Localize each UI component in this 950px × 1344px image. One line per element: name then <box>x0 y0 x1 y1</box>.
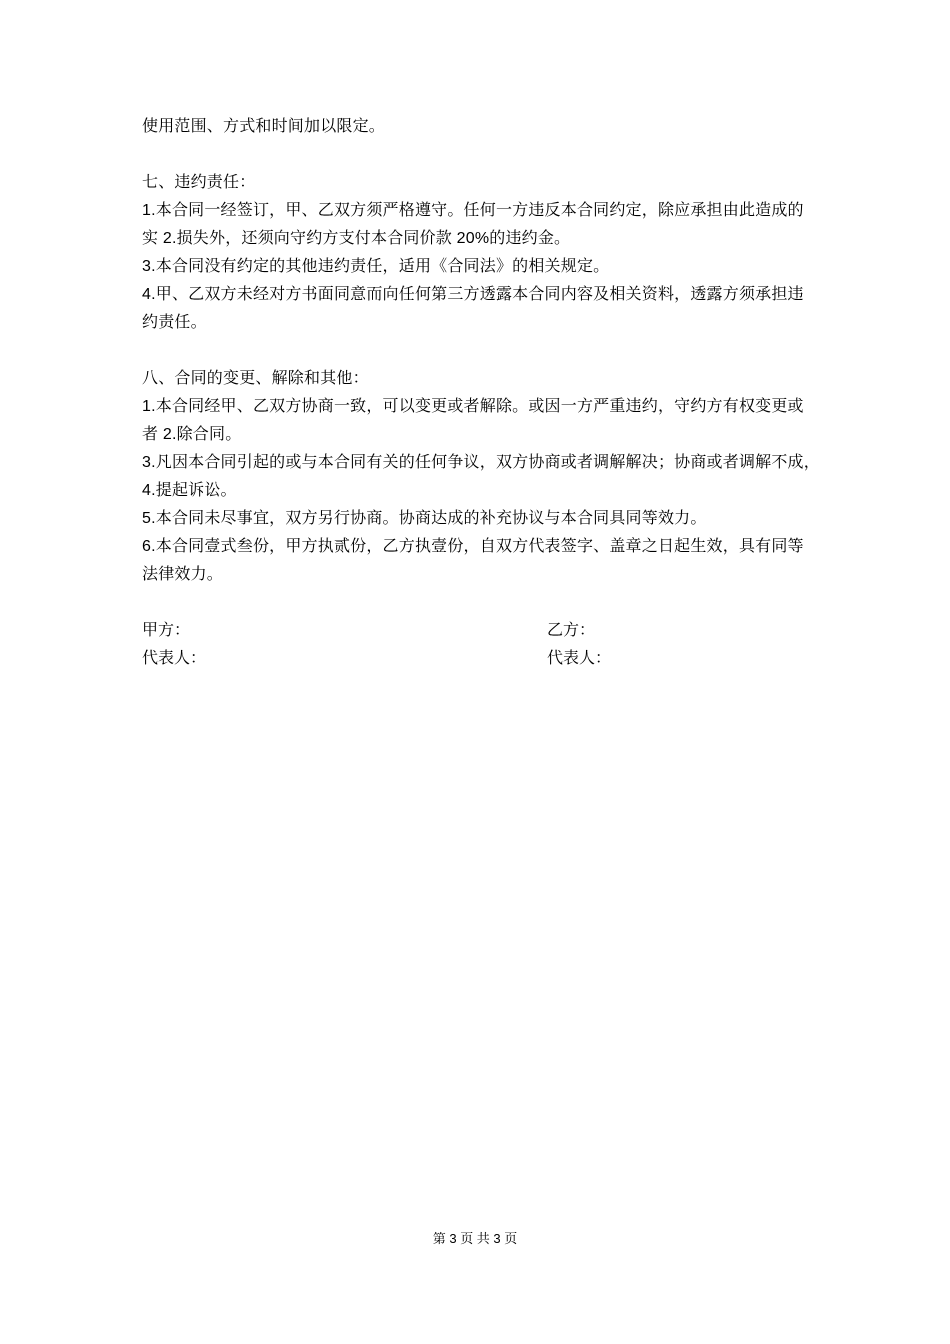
contract-line: 者 2.除合同。 <box>142 421 814 449</box>
contract-line: 七、违约责任： <box>142 169 814 197</box>
party-b-label: 乙方： <box>547 617 595 645</box>
contract-line: 实 2.损失外，还须向守约方支付本合同价款 20%的违约金。 <box>142 225 814 253</box>
contract-line: 4.提起诉讼。 <box>142 477 814 505</box>
signature-row-parties: 甲方： 乙方： <box>142 617 814 645</box>
page-number-footer: 第 3 页 共 3 页 <box>0 1230 950 1248</box>
contract-line: 法律效力。 <box>142 561 814 589</box>
signature-block: 甲方： 乙方： 代表人： 代表人： <box>142 617 814 673</box>
party-a-label: 甲方： <box>142 617 190 645</box>
contract-line: 6.本合同壹式叁份，甲方执贰份，乙方执壹份，自双方代表签字、盖章之日起生效，具有… <box>142 533 814 561</box>
representative-b-label: 代表人： <box>547 645 611 673</box>
contract-line: 3.凡因本合同引起的或与本合同有关的任何争议，双方协商或者调解解决；协商或者调解… <box>142 449 814 477</box>
representative-a-label: 代表人： <box>142 645 206 673</box>
contract-line: 1.本合同一经签订，甲、乙双方须严格遵守。任何一方违反本合同约定，除应承担由此造… <box>142 197 814 225</box>
contract-line: 3.本合同没有约定的其他违约责任，适用《合同法》的相关规定。 <box>142 253 814 281</box>
contract-line: 1.本合同经甲、乙双方协商一致，可以变更或者解除。或因一方严重违约，守约方有权变… <box>142 393 814 421</box>
contract-line: 使用范围、方式和时间加以限定。 <box>142 113 814 141</box>
contract-line: 八、合同的变更、解除和其他： <box>142 365 814 393</box>
contract-page: 使用范围、方式和时间加以限定。七、违约责任：1.本合同一经签订，甲、乙双方须严格… <box>0 0 950 1344</box>
signature-row-representatives: 代表人： 代表人： <box>142 645 814 673</box>
blank-line <box>142 337 814 365</box>
contract-line: 5.本合同未尽事宜，双方另行协商。协商达成的补充协议与本合同具同等效力。 <box>142 505 814 533</box>
contract-line: 约责任。 <box>142 309 814 337</box>
contract-body-text: 使用范围、方式和时间加以限定。七、违约责任：1.本合同一经签订，甲、乙双方须严格… <box>142 113 814 589</box>
contract-line: 4.甲、乙双方未经对方书面同意而向任何第三方透露本合同内容及相关资料，透露方须承… <box>142 281 814 309</box>
blank-line <box>142 141 814 169</box>
